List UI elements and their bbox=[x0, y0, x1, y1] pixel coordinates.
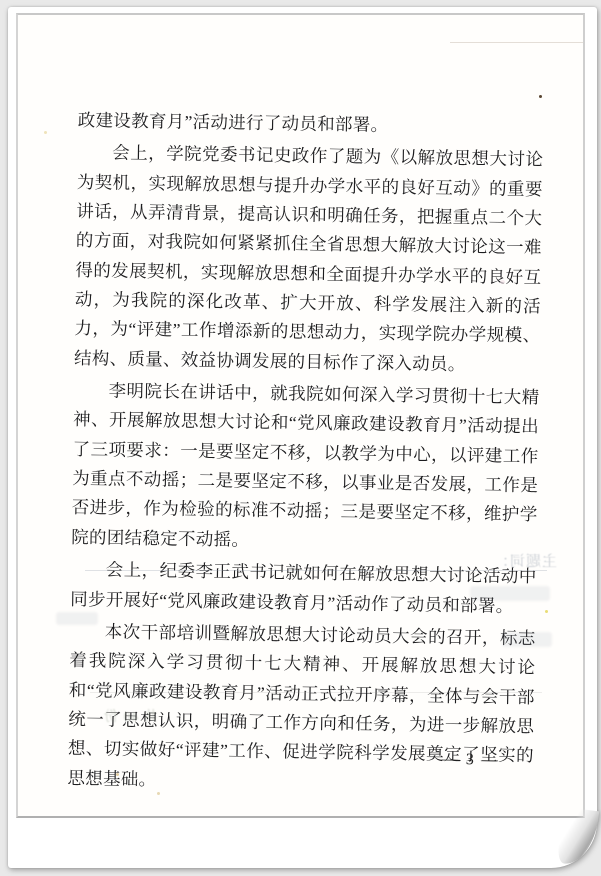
scan-speck bbox=[539, 95, 542, 98]
desktop-background: 政建设教育月”活动进行了动员和部署。 会上，学院党委书记史政作了题为《以解放思想… bbox=[0, 0, 601, 876]
bleedthrough-smudge bbox=[502, 632, 552, 647]
scan-speck bbox=[116, 773, 119, 776]
document-body: 政建设教育月”活动进行了动员和部署。 会上，学院党委书记史政作了题为《以解放思想… bbox=[67, 106, 544, 803]
scanned-page: 政建设教育月”活动进行了动员和部署。 会上，学院党委书记史政作了题为《以解放思想… bbox=[16, 13, 585, 818]
bleedthrough-smudge bbox=[56, 612, 98, 625]
paper-sheet: 政建设教育月”活动进行了动员和部署。 会上，学院党委书记史政作了题为《以解放思想… bbox=[8, 7, 597, 868]
bleedthrough-text: 共 40 份 bbox=[103, 706, 158, 726]
scan-speck bbox=[500, 280, 505, 284]
bleedthrough-text: 主题词： bbox=[493, 550, 557, 571]
body-paragraph-2: 会上，学院党委书记史政作了题为《以解放思想大讨论为契机，实现解放思想与提升办学水… bbox=[74, 138, 544, 380]
scan-artifact-line bbox=[90, 692, 542, 693]
scan-artifact-line bbox=[450, 42, 585, 43]
body-paragraph-1: 政建设教育月”活动进行了动员和部署。 bbox=[78, 106, 544, 143]
scan-speck bbox=[545, 610, 548, 613]
body-paragraph-4: 会上，纪委李正武书记就如何在解放思想大讨论活动中同步开展好“党风廉政建设教育月”… bbox=[70, 555, 537, 621]
scan-speck bbox=[44, 131, 47, 134]
body-paragraph-3: 李明院长在讲话中，就我院如何深入学习贯彻十七大精神、开展解放思想大讨论和“党风廉… bbox=[71, 376, 540, 559]
bleedthrough-smudge bbox=[470, 586, 550, 601]
page-curl bbox=[557, 807, 600, 867]
scan-artifact-line bbox=[85, 570, 547, 571]
paper-sheet-wrapper: 政建设教育月”活动进行了动员和部署。 会上，学院党委书记史政作了题为《以解放思想… bbox=[8, 7, 597, 868]
scan-speck bbox=[157, 792, 160, 795]
page-number: — 3 — bbox=[442, 745, 500, 775]
